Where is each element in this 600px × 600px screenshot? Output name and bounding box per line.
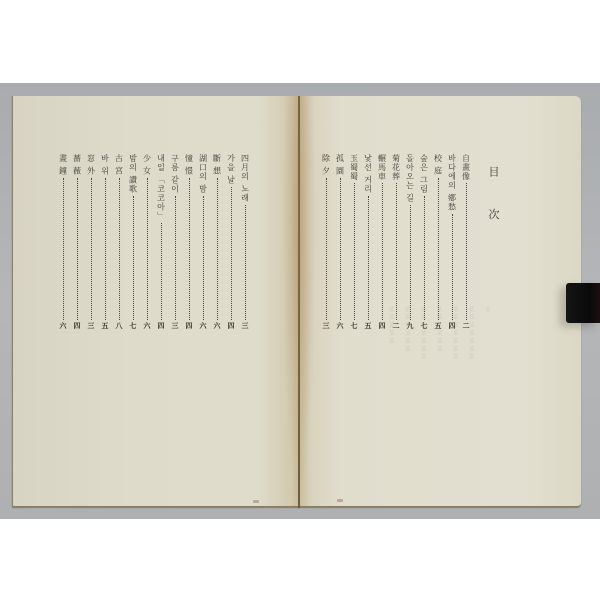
bleed-through-text: 金某 某 某 某 某 某 某某 某 某 某 某 某 某某 某 某 某 某 某某 … — [386, 306, 491, 426]
dot-leader — [63, 178, 64, 320]
toc-entry-title: 菊花葬 — [392, 154, 401, 181]
paper-spot — [337, 499, 343, 502]
toc-entry: 바 위五 — [98, 154, 112, 329]
toc-entry: 내일 「코코아」四 — [154, 154, 168, 329]
dot-leader — [452, 214, 453, 320]
toc-entry: 校 庭五 — [431, 154, 445, 329]
toc-entry-page: 四 — [378, 322, 386, 329]
dot-leader — [424, 196, 425, 320]
paper-spot — [253, 500, 259, 503]
book-gutter — [298, 96, 300, 508]
toc-entry: 晝 鐘六 — [56, 154, 70, 329]
toc-entry-page: 六 — [213, 322, 221, 329]
toc-entry: 輾馬車四 — [375, 154, 389, 329]
dot-leader — [438, 178, 439, 320]
toc-entry-title: 숲은 그림 — [420, 154, 429, 194]
toc-entry-page: 五 — [101, 322, 109, 329]
dot-leader — [466, 183, 467, 320]
toc-entry-page: 六 — [336, 322, 344, 329]
toc-entry: 바다에의 鄕愁四 — [445, 154, 459, 329]
dot-leader — [147, 178, 148, 320]
toc-entry: 돌아오는 길九 — [403, 154, 417, 329]
toc-entry-page: 六 — [143, 322, 151, 329]
dot-leader — [161, 223, 162, 320]
toc-entry: 少 女六 — [140, 154, 154, 329]
right-page: 目 次 自畫像二바다에의 鄕愁四校 庭五숲은 그림七돌아오는 길九菊花葬二輾馬車… — [299, 96, 581, 507]
dot-leader — [119, 178, 120, 320]
toc-entry-title: 校 庭 — [434, 154, 443, 176]
toc-entry-page: 四 — [73, 322, 81, 329]
toc-entry-title: 窓 外 — [87, 154, 96, 176]
toc-entry-title: 玉蜀蜀 — [350, 154, 359, 181]
toc-entry: 孤 園六 — [333, 154, 347, 329]
toc-entry: 憧 憬四 — [182, 154, 196, 329]
dot-leader — [326, 178, 327, 320]
dot-leader — [340, 178, 341, 320]
toc-entry-page: 六 — [59, 322, 67, 329]
toc-entry: 가을 날四 — [224, 154, 238, 329]
toc-entry: 斷 想六 — [210, 154, 224, 329]
dot-leader — [203, 196, 204, 320]
toc-entry-title: 돌아오는 길 — [406, 154, 415, 203]
dot-leader — [245, 205, 246, 320]
toc-entry-title: 밤의 讚歌 — [129, 154, 138, 194]
dot-leader — [189, 178, 190, 320]
toc-entry-title: 晝 鐘 — [59, 154, 68, 176]
toc-entry-title: 구름 같이 — [171, 154, 180, 194]
toc-entry: 湖口의 밤六 — [196, 154, 210, 329]
toc-heading: 目 次 — [485, 166, 501, 234]
toc-entry: 窓 外三 — [84, 154, 98, 329]
toc-entry-page: 七 — [129, 322, 137, 329]
toc-entry: 菊花葬二 — [389, 154, 403, 329]
toc-entry-title: 薔 薇 — [73, 154, 82, 176]
toc-entry-title: 少 女 — [143, 154, 152, 176]
black-clip-tab — [566, 283, 600, 323]
toc-entry-title: 古 宮 — [115, 154, 124, 176]
toc-entry: 自畫像二 — [459, 154, 473, 329]
toc-entry: 古 宮八 — [112, 154, 126, 329]
dot-leader — [368, 196, 369, 320]
dot-leader — [133, 196, 134, 320]
toc-entry: 除 夕三 — [319, 154, 333, 329]
toc-entry-title: 湖口의 밤 — [199, 154, 208, 194]
toc-entry-title: 바 위 — [101, 154, 110, 176]
open-book: 四月의 노래三가을 날四斷 想六湖口의 밤六憧 憬四구름 같이三내일 「코코아」… — [10, 96, 586, 508]
dot-leader — [91, 178, 92, 320]
toc-entry-page: 三 — [322, 322, 330, 329]
toc-entry: 薔 薇四 — [70, 154, 84, 329]
dot-leader — [410, 205, 411, 320]
toc-entry-page: 四 — [185, 322, 193, 329]
toc-entry-page: 四 — [227, 322, 235, 329]
toc-entry-title: 斷 想 — [213, 154, 222, 176]
toc-entry-title: 내일 「코코아」 — [157, 154, 166, 221]
dot-leader — [105, 178, 106, 320]
toc-entry-title: 輾馬車 — [378, 154, 387, 181]
toc-entry: 구름 같이三 — [168, 154, 182, 329]
dot-leader — [175, 196, 176, 320]
toc-entry-title: 바다에의 鄕愁 — [448, 154, 457, 212]
toc-entry-page: 三 — [87, 322, 95, 329]
toc-entry-title: 가을 날 — [227, 154, 236, 185]
toc-entry: 四月의 노래三 — [238, 154, 252, 329]
toc-entry: 밤의 讚歌七 — [126, 154, 140, 329]
toc-entry-title: 除 夕 — [322, 154, 331, 176]
toc-entry-title: 四月의 노래 — [241, 154, 250, 203]
left-toc: 四月의 노래三가을 날四斷 想六湖口의 밤六憧 憬四구름 같이三내일 「코코아」… — [56, 154, 252, 414]
toc-entry-title: 孤 園 — [336, 154, 345, 176]
toc-entry: 낯선 거리五 — [361, 154, 375, 329]
dot-leader — [217, 178, 218, 320]
toc-entry-page: 五 — [364, 322, 372, 329]
toc-entry: 숲은 그림七 — [417, 154, 431, 329]
left-page: 四月의 노래三가을 날四斷 想六湖口의 밤六憧 憬四구름 같이三내일 「코코아」… — [12, 96, 300, 507]
toc-entry: 玉蜀蜀七 — [347, 154, 361, 329]
toc-entry-page: 四 — [157, 322, 165, 329]
toc-entry-page: 六 — [199, 322, 207, 329]
dot-leader — [396, 183, 397, 320]
toc-entry-title: 憧 憬 — [185, 154, 194, 176]
toc-entry-title: 낯선 거리 — [364, 154, 373, 194]
toc-entry-page: 三 — [241, 322, 249, 329]
dot-leader — [231, 187, 232, 320]
toc-entry-page: 七 — [350, 322, 358, 329]
toc-entry-page: 八 — [115, 322, 123, 329]
dot-leader — [382, 183, 383, 320]
toc-entry-page: 三 — [171, 322, 179, 329]
dot-leader — [77, 178, 78, 320]
toc-entry-title: 自畫像 — [462, 154, 471, 181]
dot-leader — [354, 183, 355, 320]
